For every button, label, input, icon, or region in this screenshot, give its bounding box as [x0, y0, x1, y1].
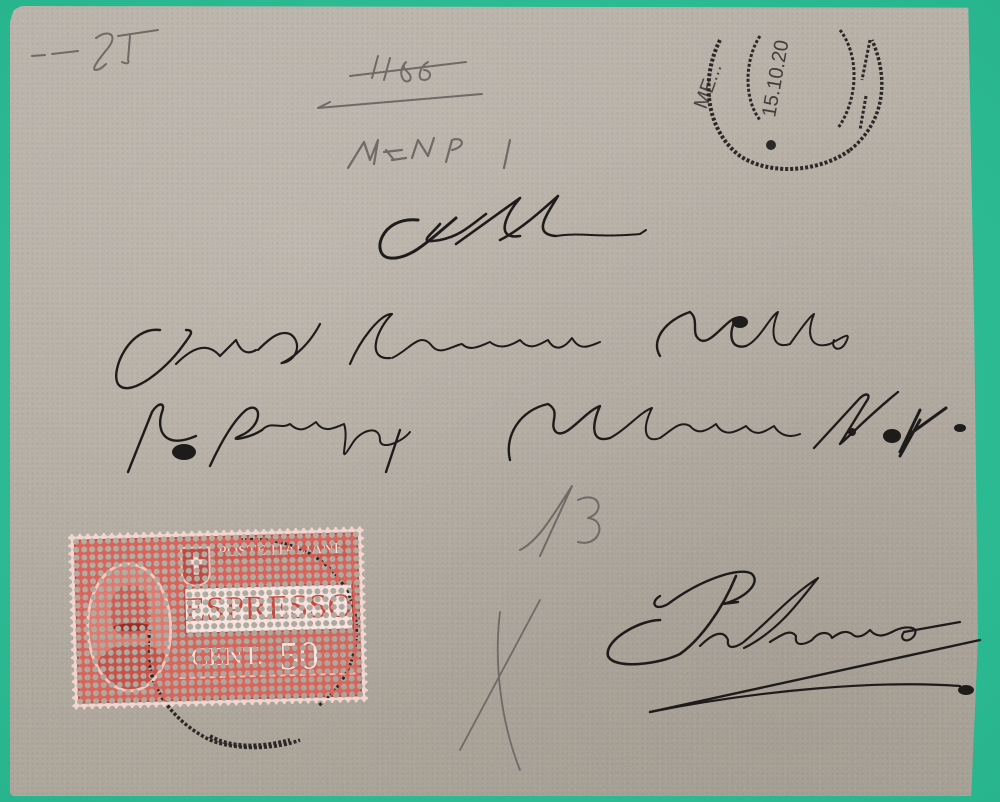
- espresso-postage-stamp: POSTE ITALIANE ESPRESSO CENT. 50: [68, 526, 369, 710]
- stamp-issuer-text: POSTE ITALIANE: [214, 541, 348, 561]
- stamp-title: ESPRESSO: [184, 589, 353, 627]
- pencil-crossed-number: [318, 56, 482, 108]
- address-line-2-handwriting: [128, 392, 966, 472]
- savoy-cross-icon: [180, 546, 211, 587]
- salutation-handwriting: [380, 196, 646, 258]
- stamp-denomination-label: CENT.: [191, 641, 264, 673]
- stamp-denomination-value: 50: [278, 631, 319, 679]
- stamp-ornament: [180, 672, 356, 693]
- postmark-date: 15.10.20: [758, 38, 793, 118]
- stamp-portrait: [85, 561, 174, 693]
- pencil-mark-13: [520, 486, 599, 556]
- pencil-cross-mark: [460, 600, 540, 770]
- portrait-body: [96, 644, 172, 693]
- stamp-face: POSTE ITALIANE ESPRESSO CENT. 50: [74, 532, 362, 703]
- pencil-name-note: [348, 138, 510, 168]
- address-line-1-handwriting: [116, 312, 848, 388]
- stamp-title-band: ESPRESSO: [183, 582, 354, 634]
- pencil-note-25: [32, 30, 158, 70]
- city-handwriting: [608, 572, 980, 712]
- photo-scene: 15.10.20 ME...: [0, 0, 1000, 802]
- postmark: 15.10.20 ME...: [690, 0, 893, 186]
- postmark-ring-text: ME...: [690, 60, 727, 111]
